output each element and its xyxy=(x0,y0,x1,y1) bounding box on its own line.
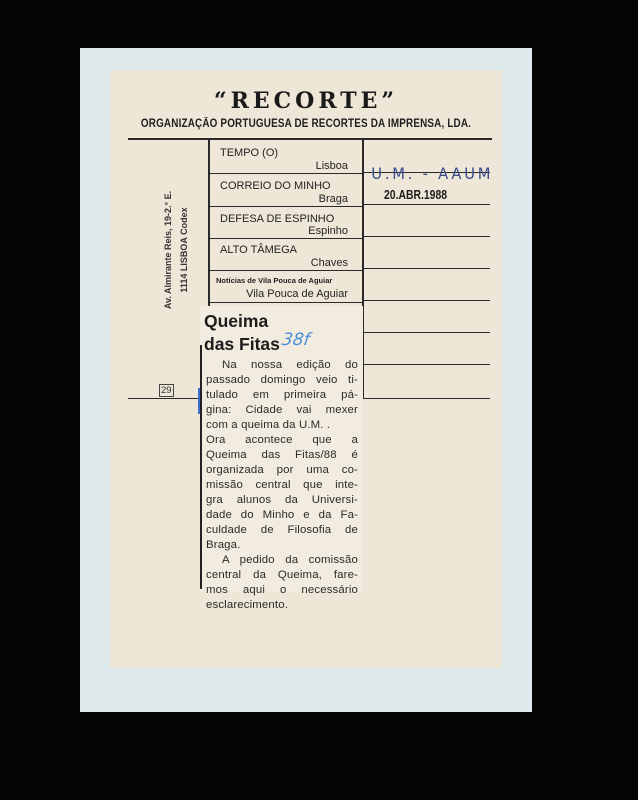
body-line: esclarecimento. xyxy=(206,598,358,613)
body-line: organizada por uma co- xyxy=(206,463,358,478)
body-line: gra alunos da Universi- xyxy=(206,493,358,508)
headline-line-2: das Fitas xyxy=(204,333,280,356)
stamp-line xyxy=(364,364,490,365)
body-line: passado domingo veio ti- xyxy=(206,373,358,388)
pen-mark xyxy=(198,388,200,414)
body-line: tulado em primeira pá- xyxy=(206,388,358,403)
clipping-left-rule xyxy=(200,345,202,589)
stamp-line xyxy=(364,300,490,301)
publication-city: Espinho xyxy=(308,225,348,237)
body-line: Queima das Fitas/88 é xyxy=(206,448,358,463)
date-stamp: 20.ABR.1988 xyxy=(384,187,447,202)
handwritten-number: 38f xyxy=(281,330,311,350)
publication-name: ALTO TÂMEGA xyxy=(220,244,297,256)
page-baseline xyxy=(128,398,202,399)
publication-name: Notícias de Vila Pouca de Aguiar xyxy=(216,276,332,285)
headline-line-1: Queima xyxy=(204,310,280,333)
stamp-line xyxy=(364,204,490,205)
publication-city: Lisboa xyxy=(316,160,348,172)
company-address: Av. Almirante Reis, 19-2.° E. 1114 LISBO… xyxy=(160,170,200,330)
publication-divider xyxy=(208,173,362,174)
address-line-1: Av. Almirante Reis, 19-2.° E. xyxy=(160,170,176,330)
publication-city: Vila Pouca de Aguiar xyxy=(246,288,348,300)
publication-name: CORREIO DO MINHO xyxy=(220,180,331,192)
publication-city: Braga xyxy=(319,193,348,205)
body-line: missão central que inte- xyxy=(206,478,358,493)
publication-divider xyxy=(208,206,362,207)
clipping-body: Na nossa edição do passado domingo veio … xyxy=(206,358,358,613)
publication-divider xyxy=(208,302,362,303)
publication-name: TEMPO (O) xyxy=(220,147,278,159)
publication-divider xyxy=(208,270,362,271)
form-title: “RECORTE” xyxy=(110,88,502,114)
body-line: culdade de Filosofia de xyxy=(206,523,358,538)
body-line: dade do Minho e da Fa- xyxy=(206,508,358,523)
source-stamp: U.M. - AAUM xyxy=(371,164,493,183)
form-subtitle: ORGANIZAÇÃO PORTUGUESA DE RECORTES DA IM… xyxy=(137,118,474,130)
publication-divider xyxy=(208,238,362,239)
stamp-line xyxy=(364,268,490,269)
publication-column-left-rule xyxy=(208,140,210,306)
stamp-line xyxy=(360,398,490,399)
header-rule xyxy=(128,138,492,140)
address-line-2: 1114 LISBOA Codex xyxy=(176,170,192,330)
publication-city: Chaves xyxy=(311,257,348,269)
clipping-headline: Queima das Fitas xyxy=(204,310,280,356)
body-line: Braga. xyxy=(206,538,358,553)
publication-name: DEFESA DE ESPINHO xyxy=(220,213,334,225)
body-line: Na nossa edição do xyxy=(206,358,358,373)
stamp-line xyxy=(364,332,490,333)
body-line: mos aqui o necessário xyxy=(206,583,358,598)
body-line: gina: Cidade vai mexer xyxy=(206,403,358,418)
body-line: Ora acontece que a xyxy=(206,433,358,448)
page-number-box: 29 xyxy=(159,384,174,397)
stamp-line xyxy=(364,236,490,237)
body-line: com a queima da U.M. . xyxy=(206,418,358,433)
body-line: A pedido da comissão xyxy=(206,553,358,568)
body-line: central da Queima, fare- xyxy=(206,568,358,583)
